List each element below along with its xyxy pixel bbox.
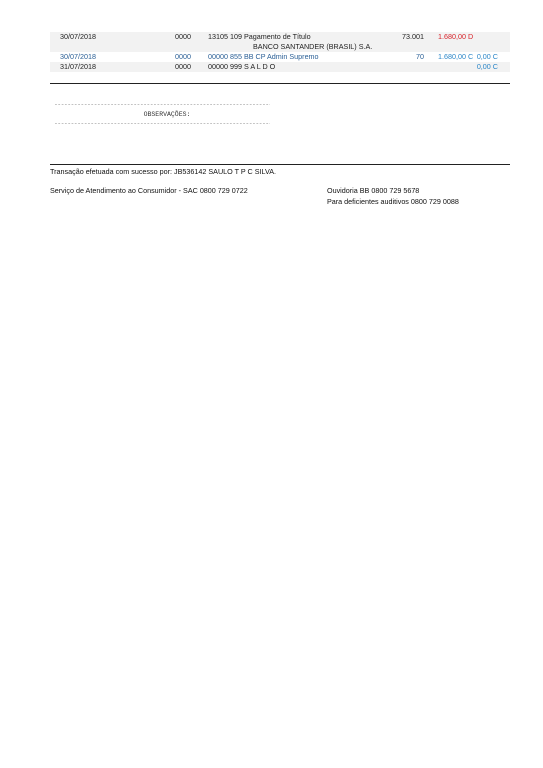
agency-cell: 0000 — [175, 62, 191, 72]
transaction-info: Transação efetuada com sucesso por: JB53… — [50, 167, 276, 176]
table-row: 30/07/2018 0000 13105 109 Pagamento de T… — [50, 32, 510, 42]
statement-table: 30/07/2018 0000 13105 109 Pagamento de T… — [50, 32, 510, 72]
table-row: 30/07/2018 0000 00000 855 BB CP Admin Su… — [50, 52, 510, 62]
observations-box: ----------------------------------------… — [54, 101, 270, 128]
agency-cell: 0000 — [175, 32, 191, 42]
date-cell: 30/07/2018 — [60, 52, 96, 62]
divider — [50, 83, 510, 84]
dash-divider: ----------------------------------------… — [54, 120, 270, 128]
history-cell: 00000 855 BB CP Admin Supremo — [208, 52, 319, 62]
value-cell: 1.680,00 D — [438, 32, 473, 42]
ombudsman-info: Ouvidoria BB 0800 729 5678 — [327, 186, 419, 195]
table-row: 31/07/2018 0000 00000 999 S A L D O 0,00… — [50, 62, 510, 72]
dash-divider: ----------------------------------------… — [54, 101, 270, 109]
observations-label: OBSERVAÇÕES: — [54, 109, 270, 120]
document-cell: 70 — [416, 52, 424, 62]
balance-cell: 0,00 C — [477, 52, 498, 62]
history-cell: 00000 999 S A L D O — [208, 62, 275, 72]
agency-cell: 0000 — [175, 52, 191, 62]
value-cell: 1.680,00 C — [438, 52, 473, 62]
divider — [50, 164, 510, 165]
table-row-continuation: BANCO SANTANDER (BRASIL) S.A. — [50, 42, 510, 52]
balance-cell: 0,00 C — [477, 62, 498, 72]
document-cell: 73.001 — [402, 32, 424, 42]
date-cell: 31/07/2018 — [60, 62, 96, 72]
continuation-text: BANCO SANTANDER (BRASIL) S.A. — [253, 42, 372, 52]
history-cell: 13105 109 Pagamento de Título — [208, 32, 311, 42]
date-cell: 30/07/2018 — [60, 32, 96, 42]
hearing-impaired-info: Para deficientes auditivos 0800 729 0088 — [327, 197, 459, 206]
sac-info: Serviço de Atendimento ao Consumidor - S… — [50, 186, 248, 195]
